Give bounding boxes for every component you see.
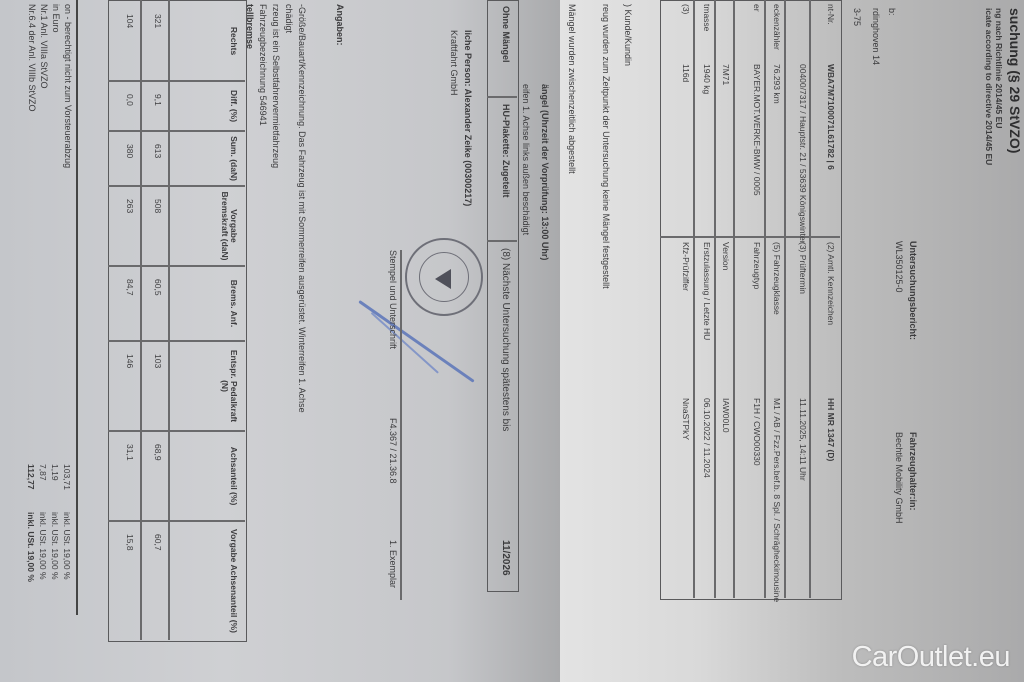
brake-value-cell: 84,7 — [125, 279, 135, 296]
vehicle-row-label2: Version — [721, 242, 731, 270]
brake-table-divider — [140, 0, 142, 640]
vehicle-row-value: 116d — [681, 64, 691, 82]
table-divider — [784, 0, 786, 598]
vehicle-row-value: 1940 kg — [702, 64, 712, 94]
report-number: WL350125-0 — [894, 241, 903, 293]
additional-header: Angaben: — [335, 4, 344, 46]
brake-value-cell: 104 — [125, 14, 135, 28]
cost-amount: 1,19 — [50, 464, 60, 481]
no-defects-line: reug wurden zum Zeitpunkt der Untersuchu… — [601, 4, 610, 289]
brake-header-cell: Vorgabe Bremskraft (daN) — [219, 191, 238, 261]
owner-value: Bechtle Mobility GmbH — [894, 432, 903, 524]
brake-header-cell: Sum. (daN) — [229, 136, 238, 181]
vehicle-row-label: nt-Nr. — [826, 4, 836, 25]
vehicle-row-label2: (5) Fahrzeugklasse — [772, 242, 782, 315]
table-divider — [809, 0, 811, 598]
document-subtitle-de: ng nach Richtlinie 2014/45 EU — [995, 8, 1004, 128]
brake-column-divider — [108, 80, 245, 82]
result-divider — [487, 240, 517, 242]
brake-column-divider — [108, 265, 245, 267]
table-divider — [660, 236, 840, 238]
cost-amount: 112,77 — [26, 464, 36, 490]
vehicle-row-value2: 06.10.2022 / 11.2024 — [702, 398, 712, 478]
address-line-3: 3-75 — [852, 8, 861, 26]
brake-value-cell: 31,1 — [125, 444, 135, 461]
owner-label: Fahrzeughalter:in: — [908, 432, 917, 511]
brake-value-cell: 508 — [153, 199, 163, 213]
vehicle-row-value2: IAW00L0 — [721, 398, 731, 433]
document-title: suchung (§ 29 StVZO) — [1008, 8, 1022, 153]
cost-amount: 7,87 — [38, 464, 48, 481]
watermark-logo: CarOutlet.eu — [852, 641, 1010, 674]
next-inspection-label: (8) Nächste Untersuchung spätestens bis — [500, 248, 510, 431]
vehicle-row-label2: Fahrzeugtyp — [752, 242, 762, 289]
brake-header-cell: Vorgabe Achsenanteil (%) — [229, 526, 238, 636]
brake-header-cell: Achsanteil (%) — [229, 436, 238, 516]
table-divider — [764, 0, 766, 598]
brake-header-cell: Entspr. Pedalkraft (N) — [219, 346, 238, 426]
brake-value-cell: 103 — [153, 354, 163, 368]
defects-detail: eifen 1. Achse links außen beschädigt — [521, 84, 530, 235]
document-subtitle-en: icate according to directive 2014/45 EU — [985, 8, 994, 165]
vehicle-row-label2: Erstzulassung / Letzte HU — [702, 242, 712, 340]
vehicle-row-label: er — [752, 4, 762, 12]
result-divider — [487, 96, 517, 98]
vehicle-row-value2: F1H / CWO00330 — [752, 398, 762, 466]
vehicle-row-label: (3) — [681, 4, 691, 14]
brake-value-cell: 60,5 — [153, 279, 163, 296]
brake-header-cell: Diff. (%) — [229, 86, 238, 126]
copy-label: 1. Exemplar — [388, 540, 397, 588]
result-hu-plakette: HU-Plakette: Zugeteilt — [501, 104, 510, 198]
vehicle-row-value: 76.293 km — [772, 64, 782, 104]
form-number: F4.367 / 21.36.8 — [388, 418, 397, 484]
vehicle-row-value2: M1 / AB / Fzz.Pers.bef.b. 8 Spl. / Schrä… — [772, 398, 782, 602]
stamp-label: Stempel und Unterschrift — [388, 250, 397, 349]
vehicle-row-label2: (3) Prüftermin — [798, 242, 808, 294]
cost-tax: inkl. USt. 19,00 % — [26, 512, 36, 582]
additional-line-2: chädigt — [284, 4, 293, 33]
vehicle-row-label: tmasse — [702, 4, 712, 31]
brake-header-cell: Brems. Anf. — [229, 271, 238, 336]
additional-line-3: rzeug ist ein Selbstfahrervermietfahrzeu… — [271, 4, 280, 168]
vehicle-row-value2: HH MR 1347 (D) — [826, 398, 836, 461]
vehicle-row-value: BAYER.MOT.WERKE-BMW / 0005 — [752, 64, 762, 196]
vehicle-row-label2: Kfz-Prüfziffer — [681, 242, 691, 291]
additional-line-1: -Größe/Bauart/Kennzeichnung. Das Fahrzeu… — [297, 4, 306, 413]
table-divider — [714, 0, 716, 598]
table-divider — [693, 0, 695, 598]
brake-column-divider — [108, 185, 245, 187]
cost-note-1: on - berechtigt nicht zum Vorsteuerabzug — [63, 4, 72, 168]
vehicle-row-value: 7M71 — [721, 64, 731, 85]
brake-column-divider — [108, 340, 245, 342]
result-no-defects: Ohne Mängel — [501, 6, 510, 63]
customer-line: ) Kunde/Kundin — [623, 4, 632, 66]
brake-column-divider — [108, 520, 245, 522]
cost-amount: 103,71 — [62, 464, 72, 490]
report-label: Untersuchungsbericht: — [908, 241, 917, 340]
table-divider — [733, 0, 735, 598]
next-inspection-date: 11/2026 — [500, 540, 510, 576]
additional-line-4: Fahrzeugbezeichnung 546941 — [258, 4, 267, 126]
brake-value-cell: 15,8 — [125, 534, 135, 551]
brake-value-cell: 68,9 — [153, 444, 163, 461]
cost-note-4: Nr.6.4 der Anl. VIIIb StVZO — [27, 4, 36, 112]
stamp-triangle-icon — [435, 269, 451, 289]
cost-divider — [76, 0, 78, 615]
inspector-person: liche Person: Alexander Zeike (00300217) — [463, 30, 472, 206]
vehicle-row-label: eckenzähler — [772, 4, 782, 50]
vehicle-row-value2: NnaSTPkY — [681, 398, 691, 440]
vehicle-row-value2: 11.11.2025, 14:11 Uhr — [798, 398, 808, 481]
brake-value-cell: 0,0 — [125, 94, 135, 106]
address-line-1: b: — [887, 8, 896, 16]
cost-tax: inkl. USt. 19,00 % — [38, 512, 48, 580]
defects-fixed-line: Mängel wurden zwischenzeitlich abgestell… — [567, 4, 576, 174]
brake-value-cell: 380 — [125, 144, 135, 158]
cost-tax: inkl. USt. 19,00 % — [50, 512, 60, 580]
brake-value-cell: 146 — [125, 354, 135, 368]
brake-value-cell: 9,1 — [153, 94, 163, 106]
signature-line — [400, 250, 402, 600]
cost-note-3: Nr.1 Anl. VIIIa StVZO — [39, 4, 48, 89]
vehicle-row-value: WBA7M7100071L61782 | 6 — [826, 64, 836, 170]
brake-table-divider — [168, 0, 170, 640]
inspection-stamp — [405, 238, 483, 316]
brake-column-divider — [108, 430, 245, 432]
vehicle-row-value: 00400/7317 / Hauptstr. 21 / 53639 Königs… — [798, 64, 808, 244]
vehicle-table — [660, 0, 842, 600]
brake-value-cell: 60,7 — [153, 534, 163, 551]
brake-value-cell: 613 — [153, 144, 163, 158]
brake-header-cell: Rechts — [229, 6, 238, 76]
vehicle-row-label2: (2) Amtl. Kennzeichen — [826, 242, 836, 325]
brake-value-cell: 263 — [125, 199, 135, 213]
inspector-company: Kraftfahrt GmbH — [449, 30, 458, 96]
brake-value-cell: 321 — [153, 14, 163, 28]
cost-note-2: in Euro — [51, 4, 60, 33]
cost-tax: inkl. USt. 19,00 % — [62, 512, 72, 580]
address-line-2: rdinghoven 14 — [871, 8, 880, 65]
brake-column-divider — [108, 130, 245, 132]
defects-header: ängel (Uhrzeit der Vorprüfung: 13:00 Uhr… — [540, 84, 549, 260]
